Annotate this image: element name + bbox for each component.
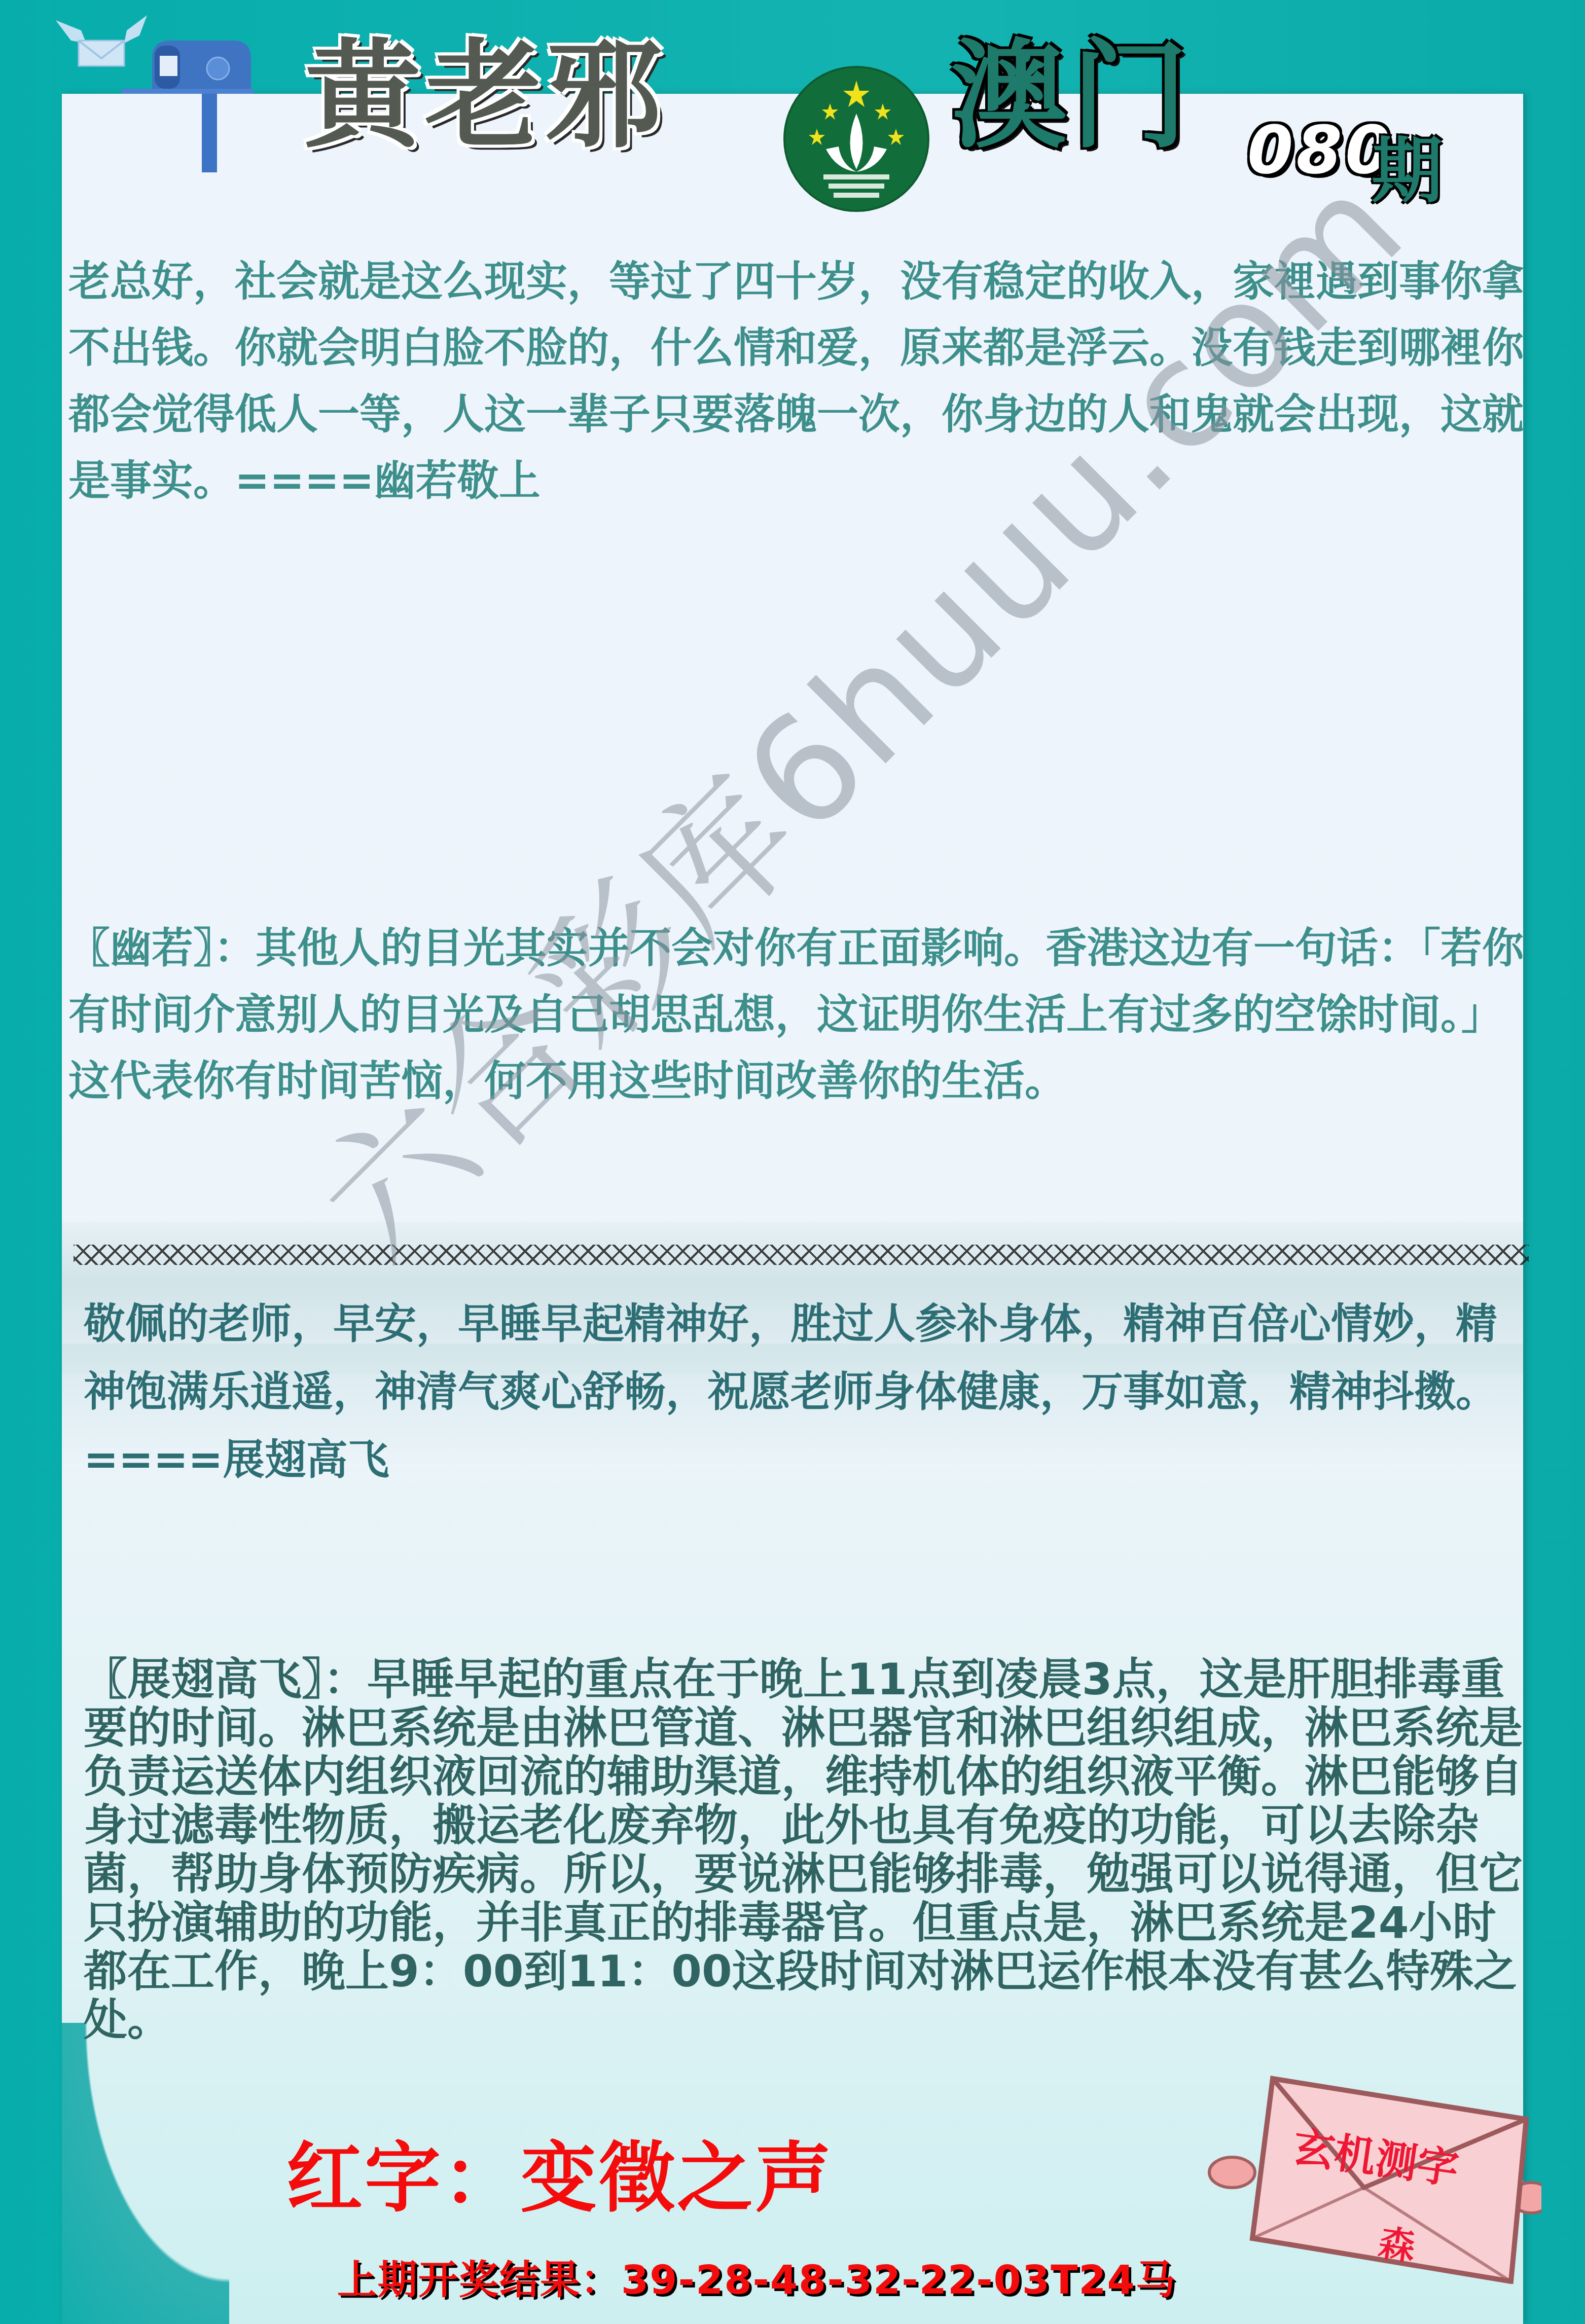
zigzag-divider [74, 1245, 1529, 1265]
header-title-region: 澳门 [951, 38, 1192, 155]
macau-emblem-icon [783, 66, 929, 212]
reply-paragraph-1: 〖幽若〗：其他人的目光其实并不会对你有正面影响。香港这边有一句话：「若你有时间介… [68, 915, 1529, 1114]
page-curl [62, 2023, 229, 2324]
last-draw-result: 上期开奖结果：39-28-48-32-22-03T24马 [337, 2248, 1176, 2305]
mailbox-icon [51, 10, 254, 172]
red-word-label: 红字：变徵之声 [286, 2117, 833, 2226]
reply-paragraph-2: 〖展翅高飞〗：早睡早起的重点在于晚上11点到凌晨3点，这是肝胆排毒重要的时间。淋… [84, 1655, 1524, 2045]
envelope-character: 森 [1376, 2213, 1419, 2270]
message-paragraph-2: 敬佩的老师，早安，早睡早起精神好，胜过人参补身体，精神百倍心情妙，精神饱满乐逍遥… [84, 1290, 1524, 1494]
issue-unit-label: 期 [1372, 114, 1443, 216]
header-title-name: 黄老邪 [304, 38, 666, 155]
